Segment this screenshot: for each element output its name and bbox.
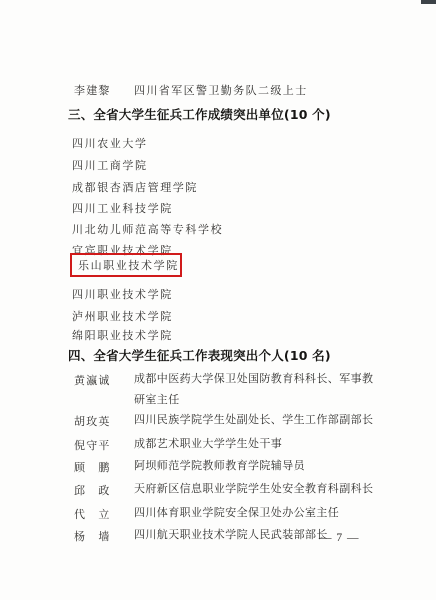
person-name: 李建黎 xyxy=(74,82,134,98)
scan-edge-artifact xyxy=(421,0,436,4)
person-title: 四川体育职业学院安全保卫处办公室主任 xyxy=(134,503,378,524)
page-number: — 7 — xyxy=(320,532,360,544)
person-title: 阿坝师范学院教师教育学院辅导员 xyxy=(134,456,378,477)
individual-entry: 代 立 四川体育职业学院安全保卫处办公室主任 xyxy=(74,506,378,524)
individual-entry: 黄瀛诚 成都中医药大学保卫处国防教育科科长、军事教研室主任 xyxy=(74,372,378,411)
person-name: 邱 政 xyxy=(74,482,134,498)
prev-section-last-entry: 李建黎 四川省军区警卫勤务队二级上士 xyxy=(74,82,308,98)
person-title: 四川民族学院学生处副处长、学生工作部副部长 xyxy=(134,410,378,431)
person-title: 成都中医药大学保卫处国防教育科科长、军事教研室主任 xyxy=(134,369,378,411)
person-name: 杨 墙 xyxy=(74,528,134,544)
person-name: 胡玫英 xyxy=(74,413,134,429)
section-heading-units: 三、全省大学生征兵工作成绩突出单位(10 个) xyxy=(68,105,331,123)
individual-entry: 胡玫英 四川民族学院学生处副处长、学生工作部副部长 xyxy=(74,413,378,431)
section-heading-individuals: 四、全省大学生征兵工作表现突出个人(10 名) xyxy=(68,346,331,364)
individual-entry: 倪守平 成都艺术职业大学学生处干事 xyxy=(74,437,378,455)
unit-item: 川北幼儿师范高等专科学校 xyxy=(72,221,223,237)
person-name: 代 立 xyxy=(74,506,134,522)
red-highlight-box: 乐山职业技术学院 xyxy=(70,253,182,277)
person-name: 倪守平 xyxy=(74,437,134,453)
unit-item: 泸州职业技术学院 xyxy=(72,308,173,324)
person-name: 黄瀛诚 xyxy=(74,372,134,388)
unit-item: 四川工商学院 xyxy=(72,157,148,173)
unit-item: 成都银杏酒店管理学院 xyxy=(72,179,198,195)
individual-entry: 顾 鹏 阿坝师范学院教师教育学院辅导员 xyxy=(74,459,378,477)
unit-item: 四川工业科技学院 xyxy=(72,200,173,216)
person-name: 顾 鹏 xyxy=(74,459,134,475)
person-title: 成都艺术职业大学学生处干事 xyxy=(134,434,378,455)
individual-entry: 邱 政 天府新区信息职业学院学生处安全教育科副科长 xyxy=(74,482,378,500)
unit-item: 绵阳职业技术学院 xyxy=(72,327,173,343)
scanned-document-page: 李建黎 四川省军区警卫勤务队二级上士 三、全省大学生征兵工作成绩突出单位(10 … xyxy=(0,0,436,600)
unit-item-highlighted: 乐山职业技术学院 xyxy=(72,257,179,273)
person-title: 天府新区信息职业学院学生处安全教育科副科长 xyxy=(134,479,378,500)
unit-item: 四川职业技术学院 xyxy=(72,286,173,302)
person-title: 四川省军区警卫勤务队二级上士 xyxy=(134,82,308,98)
unit-item: 四川农业大学 xyxy=(72,135,148,151)
